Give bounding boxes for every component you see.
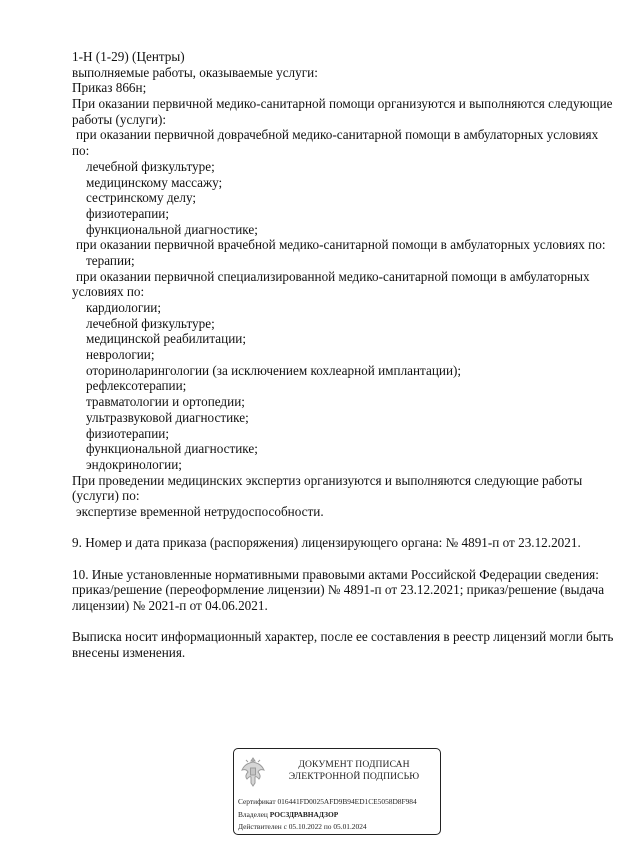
document-line: выполняемые работы, оказываемые услуги: (72, 65, 607, 81)
coat-of-arms-icon (240, 755, 266, 789)
paragraph-gap (72, 551, 607, 567)
document-line: экспертизе временной нетрудоспособности. (72, 504, 607, 520)
certificate-value: 016441FD0025AFD9B94ED1CE5058D8F984 (277, 797, 416, 806)
document-line: медицинской реабилитации; (72, 331, 607, 347)
document-line: лечебной физкультуре; (72, 316, 607, 332)
owner-row: Владелец РОСЗДРАВНАДЗОР (238, 809, 417, 822)
document-line: (услуги) по: (72, 488, 607, 504)
document-line: При оказании первичной медико-санитарной… (72, 96, 607, 112)
signature-details: Сертификат 016441FD0025AFD9B94ED1CE5058D… (238, 796, 417, 834)
document-line: терапии; (72, 253, 607, 269)
certificate-row: Сертификат 016441FD0025AFD9B94ED1CE5058D… (238, 796, 417, 809)
document-line: при оказании первичной специализированно… (72, 269, 607, 285)
electronic-signature-stamp: ДОКУМЕНТ ПОДПИСАН ЭЛЕКТРОННОЙ ПОДПИСЬЮ С… (233, 748, 441, 835)
document-line: приказ/решение (переоформление лицензии)… (72, 582, 607, 598)
document-line: лицензии) № 2021-п от 04.06.2021. (72, 598, 607, 614)
document-line: 10. Иные установленные нормативными прав… (72, 567, 607, 583)
document-line: травматологии и ортопедии; (72, 394, 607, 410)
document-line: оториноларингологии (за исключением кохл… (72, 363, 607, 379)
document-line: Выписка носит информационный характер, п… (72, 629, 607, 645)
signature-title-line-1: ДОКУМЕНТ ПОДПИСАН (274, 759, 434, 771)
document-line: внесены изменения. (72, 645, 607, 661)
document-line: при оказании первичной доврачебной медик… (72, 127, 607, 143)
document-line: физиотерапии; (72, 206, 607, 222)
document-line: рефлексотерапии; (72, 378, 607, 394)
document-line: функциональной диагностике; (72, 222, 607, 238)
document-line: медицинскому массажу; (72, 175, 607, 191)
signature-title-line-2: ЭЛЕКТРОННОЙ ПОДПИСЬЮ (274, 771, 434, 783)
document-line: Приказ 866н; (72, 80, 607, 96)
document-body: 1-Н (1-29) (Центры)выполняемые работы, о… (72, 49, 607, 661)
validity-row: Действителен с 05.10.2022 по 05.01.2024 (238, 821, 417, 834)
document-line: неврологии; (72, 347, 607, 363)
owner-value: РОСЗДРАВНАДЗОР (270, 810, 339, 819)
document-line: ультразвуковой диагностике; (72, 410, 607, 426)
document-line: при оказании первичной врачебной медико-… (72, 237, 607, 253)
document-line: лечебной физкультуре; (72, 159, 607, 175)
document-line: При проведении медицинских экспертиз орг… (72, 473, 607, 489)
document-line: физиотерапии; (72, 426, 607, 442)
owner-label: Владелец (238, 810, 268, 819)
document-line: 1-Н (1-29) (Центры) (72, 49, 607, 65)
document-line: условиях по: (72, 284, 607, 300)
document-line: по: (72, 143, 607, 159)
document-line: сестринскому делу; (72, 190, 607, 206)
document-line: эндокринологии; (72, 457, 607, 473)
paragraph-gap (72, 614, 607, 630)
document-line: работы (услуги): (72, 112, 607, 128)
paragraph-gap (72, 520, 607, 536)
document-line: функциональной диагностике; (72, 441, 607, 457)
document-line: кардиологии; (72, 300, 607, 316)
document-line: 9. Номер и дата приказа (распоряжения) л… (72, 535, 607, 551)
certificate-label: Сертификат (238, 797, 276, 806)
signature-title: ДОКУМЕНТ ПОДПИСАН ЭЛЕКТРОННОЙ ПОДПИСЬЮ (274, 759, 434, 783)
